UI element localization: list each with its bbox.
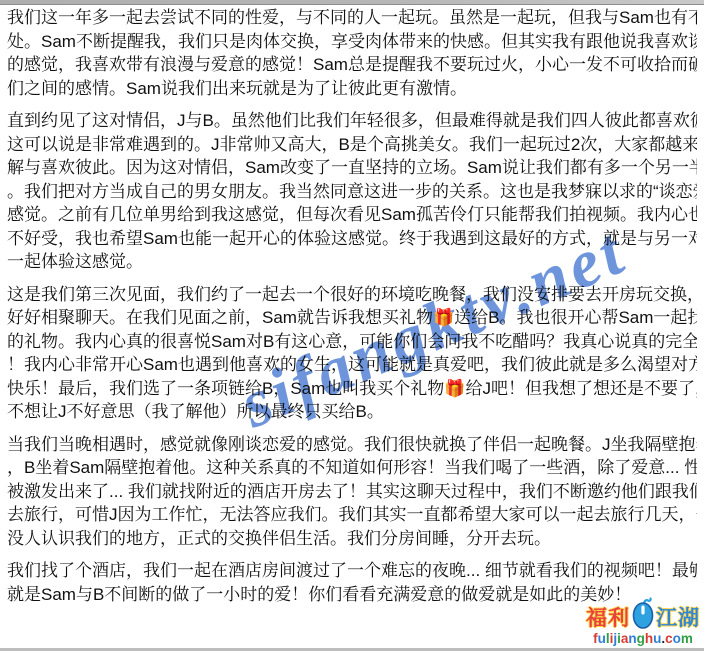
text-line: 当我们当晚相遇时，感觉就像刚谈恋爱的感觉。我们很快就换了伴侣一起晚餐。J坐我隔壁…	[7, 433, 697, 457]
text-line: 的礼物。我内心真的很喜悦Sam对B有这心意，可能你们会问我不吃醋吗？我真心说真的…	[7, 330, 697, 354]
text-line: 快乐！最后，我们选了一条项链给B，Sam也叫我买个礼物🎁给J吧！但我想了想还是不…	[7, 377, 697, 401]
article-text: 我们这一年多一起去尝试不同的性爱，与不同的人一起玩。虽然是一起玩，但我与Sam也…	[0, 0, 704, 606]
text-line: 去旅行，可惜J因为工作忙，无法答应我们。我们其实一直都希望大家可以一起去旅行几天…	[7, 503, 697, 527]
text-line: 这可以说是非常难遇到的。J非常帅又高大，B是个高挑美女。我们一起玩过2次，大家都…	[7, 133, 697, 157]
logo-domain-letter: h	[645, 631, 653, 646]
text-line: 的感觉，我喜欢带有浪漫与爱意的感觉！Sam总是提醒我不要玩过火，小心一发不可收拾…	[7, 53, 697, 77]
text-line: ，B坐着Sam隔壁抱着他。这种关系真的不知道如何形容！当我们喝了一些酒，除了爱意…	[7, 456, 697, 480]
text-line: 。我们把对方当成自己的男女朋友。我当然同意这进一步的关系。这也是我梦寐以求的“谈…	[7, 180, 697, 204]
text-line: 们之间的感情。Sam说我们出来玩就是为了让彼此更有激情。	[7, 77, 697, 101]
text-line: 解与喜欢彼此。因为这对情侣，Sam改变了一直坚持的立场。Sam说让我们都有多一个…	[7, 156, 697, 180]
logo-domain-letter: c	[665, 631, 673, 646]
site-logo-title: 福利 江湖	[586, 597, 700, 629]
window-left-edge	[0, 0, 4, 651]
text-line: 被激发出来了... 我们就找附近的酒店开房去了！其实这聊天过程中，我们不断邀约他…	[7, 480, 697, 504]
paragraph: 直到约见了这对情侣，J与B。虽然他们比我们年轻很多，但最难得就是我们四人彼此都喜…	[7, 109, 697, 274]
mouse-icon	[631, 597, 655, 633]
text-line: 不好受，我也希望Sam也能一起开心的体验这感觉。终于我遇到这最好的方式，就是与另…	[7, 227, 697, 251]
site-logo: 福利 江湖 fulijianghu.com	[586, 597, 700, 646]
logo-text-right: 江湖	[656, 608, 700, 629]
text-line: 直到约见了这对情侣，J与B。虽然他们比我们年轻很多，但最难得就是我们四人彼此都喜…	[7, 109, 697, 133]
text-line: ！我内心非常开心Sam也遇到他喜欢的女生，这可能就是真爱吧，我们彼此就是多么渴望…	[7, 353, 697, 377]
text-line: 我们这一年多一起去尝试不同的性爱，与不同的人一起玩。虽然是一起玩，但我与Sam也…	[7, 6, 697, 30]
logo-text-left: 福利	[586, 608, 630, 629]
logo-domain-letter: g	[637, 631, 645, 646]
logo-domain-letter: o	[673, 631, 681, 646]
text-line: 好好相聚聊天。在我们见面之前，Sam就告诉我想买礼物🎁送给B。我也很开心帮Sam…	[7, 306, 697, 330]
window-top-edge	[0, 0, 704, 5]
text-line: 一起体验这感觉。	[7, 250, 697, 274]
logo-domain-text: fulijianghu.com	[593, 632, 693, 646]
paragraph: 我们这一年多一起去尝试不同的性爱，与不同的人一起玩。虽然是一起玩，但我与Sam也…	[7, 6, 697, 100]
logo-domain-letter: u	[598, 631, 606, 646]
text-line: 感觉。之前有几位单男给到我这感觉，但每次看见Sam孤苦伶仃只能帮我们拍视频。我内…	[7, 203, 697, 227]
paragraph: 当我们当晚相遇时，感觉就像刚谈恋爱的感觉。我们很快就换了伴侣一起晚餐。J坐我隔壁…	[7, 433, 697, 551]
logo-domain-letter: m	[681, 631, 693, 646]
text-line: 这是我们第三次见面，我们约了一起去一个很好的环境吃晚餐，我们没安排要去开房玩交换…	[7, 283, 697, 307]
paragraph: 这是我们第三次见面，我们约了一起去一个很好的环境吃晚餐，我们没安排要去开房玩交换…	[7, 283, 697, 424]
text-line: 处。Sam不断提醒我，我们只是肉体交换，享受肉体带来的快感。但其实我有跟他说我喜…	[7, 30, 697, 54]
text-line: 我们找了个酒店，我们一起在酒店房间渡过了一个难忘的夜晚... 细节就看我们的视频…	[7, 559, 697, 583]
text-line: 没人认识我们的地方，正式的交换伴侣生活。我们分房间睡，分开去玩。	[7, 527, 697, 551]
logo-domain-letter: n	[628, 631, 636, 646]
text-line: 不想让J不好意思（我了解他）所以最终只买给B。	[7, 400, 697, 424]
